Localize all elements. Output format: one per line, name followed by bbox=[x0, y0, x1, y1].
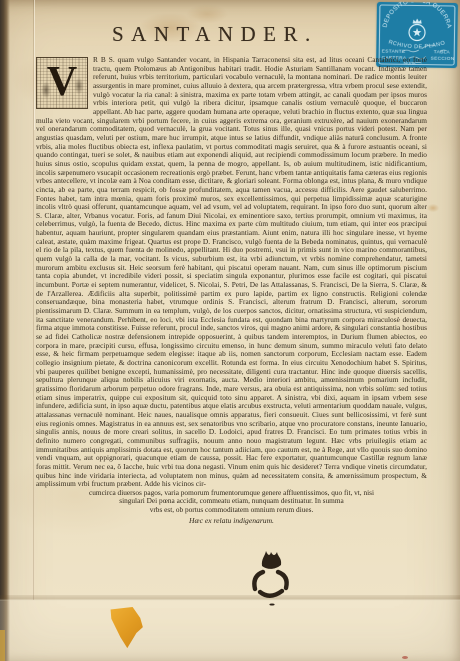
colophon-line: Hæc ex relatu indigenarum. bbox=[36, 516, 427, 525]
page-left-edge bbox=[0, 0, 10, 661]
ink-right-arc bbox=[278, 572, 287, 588]
ink-bottom-arc bbox=[260, 591, 282, 596]
stamp-field-estante: ESTANTE bbox=[382, 49, 406, 54]
ink-crown-blot bbox=[262, 551, 281, 569]
bottom-paper-band bbox=[0, 601, 460, 661]
ink-mark bbox=[240, 548, 300, 608]
ink-dash bbox=[269, 604, 274, 606]
body-text-block: V R B S. quam vulgo Santander vocant, in… bbox=[36, 56, 427, 525]
red-speck bbox=[402, 656, 408, 659]
taper-line-3: vrbs est, ob portus commoditatem omnium … bbox=[36, 506, 427, 515]
drop-cap-initial: V bbox=[36, 57, 88, 109]
repair-strip-left-edge bbox=[0, 630, 5, 661]
body-paragraph: R B S. quam vulgo Santander vocant, in H… bbox=[36, 56, 427, 489]
stamp-field-seccion: SECCION bbox=[431, 56, 455, 61]
ink-mark-shapes bbox=[254, 551, 286, 606]
ink-left-arc bbox=[254, 572, 263, 589]
scanned-page: SANTANDER. DEPOSITO DE LA GUERRA ARCHIVO… bbox=[0, 0, 460, 661]
page-title: SANTANDER. bbox=[112, 22, 318, 47]
vertical-crease-highlight bbox=[34, 0, 35, 130]
